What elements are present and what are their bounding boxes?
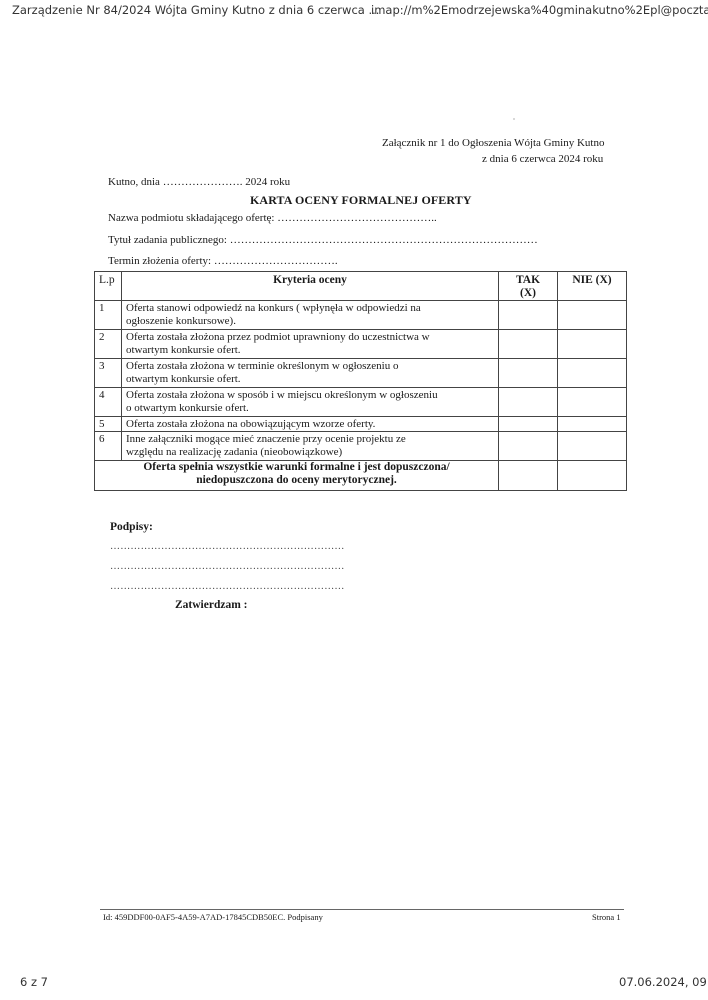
row-number: 5 bbox=[95, 417, 122, 432]
table-header-row: L.p Kryteria oceny TAK(X) NIE (X) bbox=[95, 272, 627, 301]
header-criteria: Kryteria oceny bbox=[122, 272, 499, 301]
row-no-cell bbox=[558, 432, 627, 461]
submission-date-field: Termin złożenia oferty: ……………………………. bbox=[108, 255, 338, 267]
document-id: Id: 459DDF00-0AF5-4A59-A7AD-17845CDB50EC… bbox=[103, 912, 323, 922]
row-criterion: Oferta stanowi odpowiedź na konkurs ( wp… bbox=[122, 301, 499, 330]
row-number: 6 bbox=[95, 432, 122, 461]
print-header-title: Zarządzenie Nr 84/2024 Wójta Gminy Kutno… bbox=[12, 3, 379, 17]
table-row: 4 Oferta została złożona w sposób i w mi… bbox=[95, 388, 627, 417]
criterion-text: Oferta została złożona w terminie określ… bbox=[126, 360, 398, 372]
summary-no-cell bbox=[558, 461, 627, 491]
row-no-cell bbox=[558, 301, 627, 330]
row-no-cell bbox=[558, 359, 627, 388]
signature-line: …………………………………………………………… bbox=[110, 541, 345, 552]
summary-text: Oferta spełnia wszystkie warunki formaln… bbox=[95, 461, 499, 491]
row-no-cell bbox=[558, 417, 627, 432]
row-no-cell bbox=[558, 330, 627, 359]
row-yes-cell bbox=[499, 330, 558, 359]
row-yes-cell bbox=[499, 388, 558, 417]
criterion-text: Oferta została złożona w sposób i w miej… bbox=[126, 389, 438, 401]
criterion-text-cont: względu na realizację zadania (nieobowią… bbox=[126, 446, 342, 458]
table-row: 2 Oferta została złożona przez podmiot u… bbox=[95, 330, 627, 359]
header-no: NIE (X) bbox=[558, 272, 627, 301]
footer-divider bbox=[100, 909, 624, 910]
row-number: 2 bbox=[95, 330, 122, 359]
row-number: 4 bbox=[95, 388, 122, 417]
summary-yes-cell bbox=[499, 461, 558, 491]
signature-line: …………………………………………………………… bbox=[110, 561, 345, 572]
task-title-field: Tytuł zadania publicznego: …………………………………… bbox=[108, 234, 538, 246]
print-timestamp: 07.06.2024, 09:18 bbox=[619, 975, 708, 989]
criterion-text-cont: otwartym konkursie ofert. bbox=[126, 373, 241, 385]
approval-label: Zatwierdzam : bbox=[175, 599, 248, 611]
criterion-text: Inne załączniki mogące mieć znaczenie pr… bbox=[126, 433, 406, 445]
row-yes-cell bbox=[499, 359, 558, 388]
criterion-text-cont: otwartym konkursie ofert. bbox=[126, 344, 241, 356]
row-criterion: Oferta została złożona w sposób i w miej… bbox=[122, 388, 499, 417]
row-yes-cell bbox=[499, 432, 558, 461]
place-date-line: Kutno, dnia …………………. 2024 roku bbox=[108, 176, 290, 188]
page-number: Strona 1 bbox=[592, 912, 621, 922]
row-no-cell bbox=[558, 388, 627, 417]
row-criterion: Oferta została złożona przez podmiot upr… bbox=[122, 330, 499, 359]
row-criterion: Oferta została złożona na obowiązującym … bbox=[122, 417, 499, 432]
criteria-table: L.p Kryteria oceny TAK(X) NIE (X) 1 Ofer… bbox=[94, 271, 627, 491]
summary-row: Oferta spełnia wszystkie warunki formaln… bbox=[95, 461, 627, 491]
print-page-count: 6 z 7 bbox=[20, 975, 48, 989]
entity-name-field: Nazwa podmiotu składającego ofertę: …………… bbox=[108, 212, 437, 224]
row-criterion: Inne załączniki mogące mieć znaczenie pr… bbox=[122, 432, 499, 461]
summary-line-2: niedopuszczona do oceny merytorycznej. bbox=[196, 474, 397, 486]
annex-date: z dnia 6 czerwca 2024 roku bbox=[482, 153, 603, 165]
table-row: 5 Oferta została złożona na obowiązujący… bbox=[95, 417, 627, 432]
scan-speck bbox=[513, 118, 515, 120]
criterion-text: Oferta została złożona przez podmiot upr… bbox=[126, 331, 430, 343]
table-row: 1 Oferta stanowi odpowiedź na konkurs ( … bbox=[95, 301, 627, 330]
row-criterion: Oferta została złożona w terminie określ… bbox=[122, 359, 499, 388]
criterion-text: Oferta stanowi odpowiedź na konkurs ( wp… bbox=[126, 302, 421, 314]
annex-reference: Załącznik nr 1 do Ogłoszenia Wójta Gminy… bbox=[382, 137, 605, 149]
criterion-text-cont: ogłoszenie konkursowe). bbox=[126, 315, 236, 327]
header-yes-mark: (X) bbox=[520, 287, 536, 299]
signature-line: …………………………………………………………… bbox=[110, 581, 345, 592]
table-row: 6 Inne załączniki mogące mieć znaczenie … bbox=[95, 432, 627, 461]
print-header-url: imap://m%2Emodrzejewska%40gminakutno%2Ep… bbox=[371, 3, 708, 17]
criterion-text-cont: o otwartym konkursie ofert. bbox=[126, 402, 249, 414]
row-number: 3 bbox=[95, 359, 122, 388]
table-row: 3 Oferta została złożona w terminie okre… bbox=[95, 359, 627, 388]
document-title: KARTA OCENY FORMALNEJ OFERTY bbox=[250, 193, 472, 208]
header-lp: L.p bbox=[95, 272, 122, 301]
header-yes-label: TAK bbox=[516, 274, 540, 286]
row-yes-cell bbox=[499, 301, 558, 330]
row-yes-cell bbox=[499, 417, 558, 432]
row-number: 1 bbox=[95, 301, 122, 330]
header-yes: TAK(X) bbox=[499, 272, 558, 301]
signatures-label: Podpisy: bbox=[110, 521, 153, 533]
summary-line-1: Oferta spełnia wszystkie warunki formaln… bbox=[143, 461, 449, 473]
